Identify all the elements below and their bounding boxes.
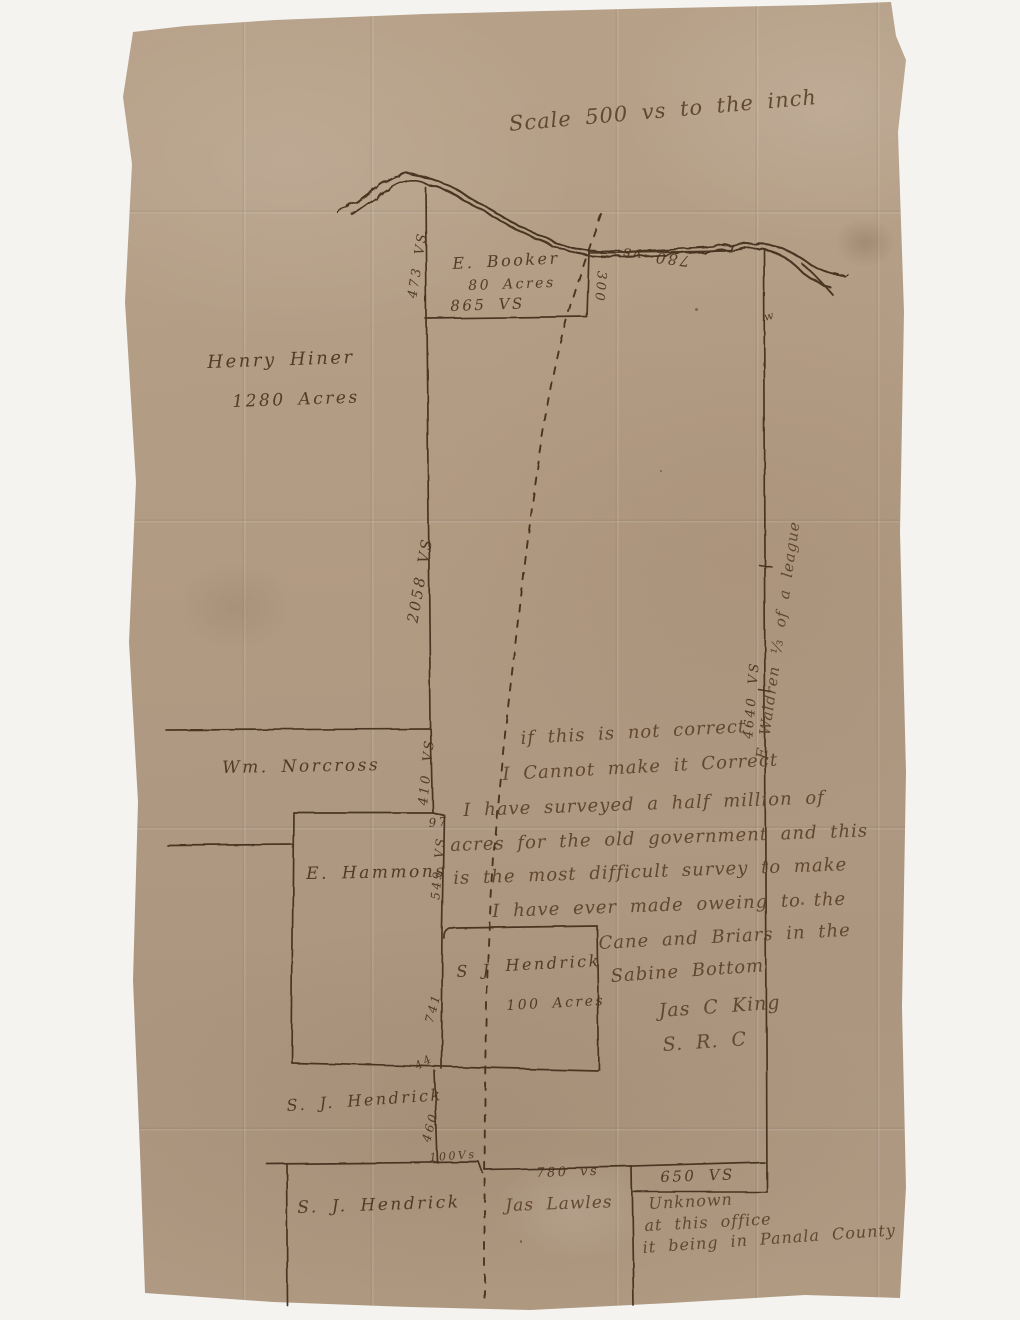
map-labels: Scale 500 vs to the inchHenry Hiner1280 … xyxy=(0,0,1020,1320)
signature-title: S. R. C xyxy=(662,1028,748,1056)
note-unknown-line-1: Unknown xyxy=(648,1190,733,1213)
surveyor-note-line-7: Cane and Briars in the xyxy=(598,920,851,954)
tract-sj-hendrick-100-name: Hendrick xyxy=(505,951,601,975)
mark-w: w xyxy=(763,308,778,324)
dim-780-vs-bottom: 780 vs xyxy=(536,1164,599,1181)
tract-e-booker-acres: 80 Acres xyxy=(468,275,556,294)
dim-865-vs: 865 VS xyxy=(450,294,525,315)
dim-460: 460 xyxy=(419,1111,440,1144)
surveyor-note-line-4: acres for the old government and this xyxy=(450,820,868,856)
tract-sj-hendrick-bottom: S. J. Hendrick xyxy=(297,1192,461,1218)
tract-wm-norcross: Wm. Norcross xyxy=(222,755,380,778)
tract-e-hammons: E. Hammons xyxy=(306,862,447,884)
dim-100-vs: 100Vs xyxy=(429,1148,477,1164)
dim-650-vs: 650 VS xyxy=(660,1165,735,1186)
dim-300: 300 xyxy=(591,270,609,304)
dim-741: 741 xyxy=(422,992,443,1025)
tract-e-booker-name: E. Booker xyxy=(452,248,560,273)
surveyor-note-line-2: I Cannot make it Correct xyxy=(502,750,779,785)
surveyor-note-line-1: if this is not correct xyxy=(520,716,747,749)
tract-henry-hiner-acres: 1280 Acres xyxy=(232,388,360,412)
tract-henry-hiner-name: Henry Hiner xyxy=(207,347,355,373)
signature-name: Jas C King xyxy=(658,991,781,1021)
tract-e-waldren: E Waldren ⅓ of a league xyxy=(752,520,803,760)
dim-473-vs: 473 VS xyxy=(405,231,430,300)
tract-sj-hendrick-100-acres: 100 Acres xyxy=(506,993,605,1014)
surveyor-note-line-6: I have ever made oweing to the xyxy=(492,889,846,922)
tract-jas-lawles: Jas Lawles xyxy=(505,1192,613,1216)
dim-2058-vs: 2058 VS xyxy=(404,536,437,624)
dim-410-vs: 410 VS xyxy=(416,738,438,806)
scale-note: Scale 500 vs to the inch xyxy=(508,85,818,136)
tract-sj-hendrick-middle: S. J. Hendrick xyxy=(286,1085,443,1115)
dim-97: 97 xyxy=(428,814,449,830)
surveyor-note-line-3: I have surveyed a half million of xyxy=(463,787,825,821)
dim-780-vs-river: 780 vs xyxy=(619,244,690,270)
surveyor-note-line-5: is the most difficult survey to make xyxy=(453,854,848,889)
dim-44: 44 xyxy=(413,1052,436,1073)
tract-sj-hendrick-100-initials: S J xyxy=(456,960,492,981)
surveyor-note-line-8: Sabine Bottom xyxy=(610,955,765,987)
scanned-survey-plat: { "document": { "type": "hand-drawn land… xyxy=(0,0,1020,1320)
